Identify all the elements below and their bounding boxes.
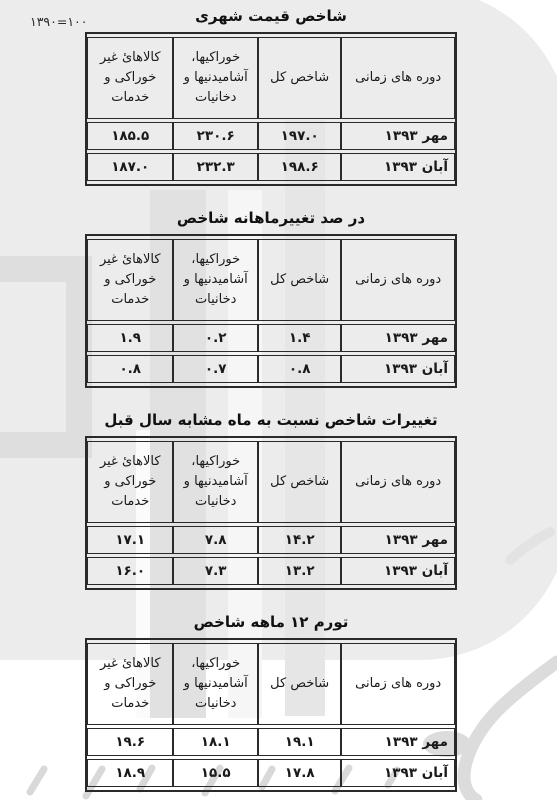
- column-header-period: دوره های زمانی: [341, 643, 455, 725]
- cell-period: آبان ۱۳۹۳: [341, 759, 455, 787]
- cell-total: ۱۹۷.۰: [258, 122, 341, 150]
- table-title: شاخص قیمت شهری: [85, 6, 457, 26]
- cell-period: آبان ۱۳۹۳: [341, 557, 455, 585]
- column-header-period: دوره های زمانی: [341, 37, 455, 119]
- column-header-nonfood: کالاهائ غیر خوراکی و خدمات: [87, 37, 173, 119]
- column-header-food: خوراکیها، آشامیدنیها و دخانیات: [173, 239, 257, 321]
- cell-nonfood: ۱۶.۰: [87, 557, 173, 585]
- cell-period: مهر ۱۳۹۳: [341, 526, 455, 554]
- column-header-total: شاخص کل: [258, 441, 341, 523]
- cell-nonfood: ۱.۹: [87, 324, 173, 352]
- cell-food: ۰.۷: [173, 355, 257, 383]
- column-header-period: دوره های زمانی: [341, 239, 455, 321]
- cell-total: ۱.۴: [258, 324, 341, 352]
- table-title: تورم ۱۲ ماهه شاخص: [85, 612, 457, 632]
- cell-total: ۱۷.۸: [258, 759, 341, 787]
- column-header-total: شاخص کل: [258, 37, 341, 119]
- cell-total: ۰.۸: [258, 355, 341, 383]
- table-row: مهر ۱۳۹۳ ۱.۴ ۰.۲ ۱.۹: [87, 324, 455, 352]
- cell-period: آبان ۱۳۹۳: [341, 153, 455, 181]
- data-table-monthly-change: دوره های زمانی شاخص کل خوراکیها، آشامیدن…: [85, 234, 457, 388]
- cell-food: ۷.۳: [173, 557, 257, 585]
- cell-food: ۱۸.۱: [173, 728, 257, 756]
- cell-nonfood: ۰.۸: [87, 355, 173, 383]
- cell-nonfood: ۱۷.۱: [87, 526, 173, 554]
- column-header-food: خوراکیها، آشامیدنیها و دخانیات: [173, 643, 257, 725]
- table-title: در صد تغییرماهانه شاخص: [85, 208, 457, 228]
- cell-total: ۱۹.۱: [258, 728, 341, 756]
- column-header-food: خوراکیها، آشامیدنیها و دخانیات: [173, 441, 257, 523]
- cell-period: مهر ۱۳۹۳: [341, 324, 455, 352]
- data-table-12month-inflation: دوره های زمانی شاخص کل خوراکیها، آشامیدن…: [85, 638, 457, 792]
- cell-nonfood: ۱۹.۶: [87, 728, 173, 756]
- document-content: ۱۳۹۰=۱۰۰ شاخص قیمت شهری دوره های زمانی ش…: [0, 6, 557, 792]
- header-row: دوره های زمانی شاخص کل خوراکیها، آشامیدن…: [87, 37, 455, 119]
- cell-total: ۱۹۸.۶: [258, 153, 341, 181]
- table-row: مهر ۱۳۹۳ ۱۹.۱ ۱۸.۱ ۱۹.۶: [87, 728, 455, 756]
- column-header-total: شاخص کل: [258, 643, 341, 725]
- cell-food: ۲۳۲.۳: [173, 153, 257, 181]
- cell-nonfood: ۱۸۵.۵: [87, 122, 173, 150]
- cell-food: ۷.۸: [173, 526, 257, 554]
- column-header-nonfood: کالاهائ غیر خوراکی و خدمات: [87, 643, 173, 725]
- table-row: مهر ۱۳۹۳ ۱۹۷.۰ ۲۳۰.۶ ۱۸۵.۵: [87, 122, 455, 150]
- data-table-urban-price-index: دوره های زمانی شاخص کل خوراکیها، آشامیدن…: [85, 32, 457, 186]
- data-table-yearly-change: دوره های زمانی شاخص کل خوراکیها، آشامیدن…: [85, 436, 457, 590]
- cell-total: ۱۴.۲: [258, 526, 341, 554]
- header-row: دوره های زمانی شاخص کل خوراکیها، آشامیدن…: [87, 239, 455, 321]
- cell-food: ۰.۲: [173, 324, 257, 352]
- column-header-total: شاخص کل: [258, 239, 341, 321]
- table-row: آبان ۱۳۹۳ ۰.۸ ۰.۷ ۰.۸: [87, 355, 455, 383]
- column-header-food: خوراکیها، آشامیدنیها و دخانیات: [173, 37, 257, 119]
- table-row: آبان ۱۳۹۳ ۱۷.۸ ۱۵.۵ ۱۸.۹: [87, 759, 455, 787]
- header-row: دوره های زمانی شاخص کل خوراکیها، آشامیدن…: [87, 643, 455, 725]
- cell-food: ۲۳۰.۶: [173, 122, 257, 150]
- table-title: تغییرات شاخص نسبت به ماه مشابه سال قبل: [85, 410, 457, 430]
- cell-period: مهر ۱۳۹۳: [341, 728, 455, 756]
- column-header-nonfood: کالاهائ غیر خوراکی و خدمات: [87, 441, 173, 523]
- table-row: آبان ۱۳۹۳ ۱۳.۲ ۷.۳ ۱۶.۰: [87, 557, 455, 585]
- cell-nonfood: ۱۸۷.۰: [87, 153, 173, 181]
- cell-total: ۱۳.۲: [258, 557, 341, 585]
- table-row: آبان ۱۳۹۳ ۱۹۸.۶ ۲۳۲.۳ ۱۸۷.۰: [87, 153, 455, 181]
- table-row: مهر ۱۳۹۳ ۱۴.۲ ۷.۸ ۱۷.۱: [87, 526, 455, 554]
- cell-period: مهر ۱۳۹۳: [341, 122, 455, 150]
- cell-nonfood: ۱۸.۹: [87, 759, 173, 787]
- cell-period: آبان ۱۳۹۳: [341, 355, 455, 383]
- header-row: دوره های زمانی شاخص کل خوراکیها، آشامیدن…: [87, 441, 455, 523]
- column-header-nonfood: کالاهائ غیر خوراکی و خدمات: [87, 239, 173, 321]
- column-header-period: دوره های زمانی: [341, 441, 455, 523]
- cell-food: ۱۵.۵: [173, 759, 257, 787]
- base-index-note: ۱۳۹۰=۱۰۰: [30, 14, 87, 29]
- document-page: ۱۳۹۰=۱۰۰ شاخص قیمت شهری دوره های زمانی ش…: [0, 0, 557, 800]
